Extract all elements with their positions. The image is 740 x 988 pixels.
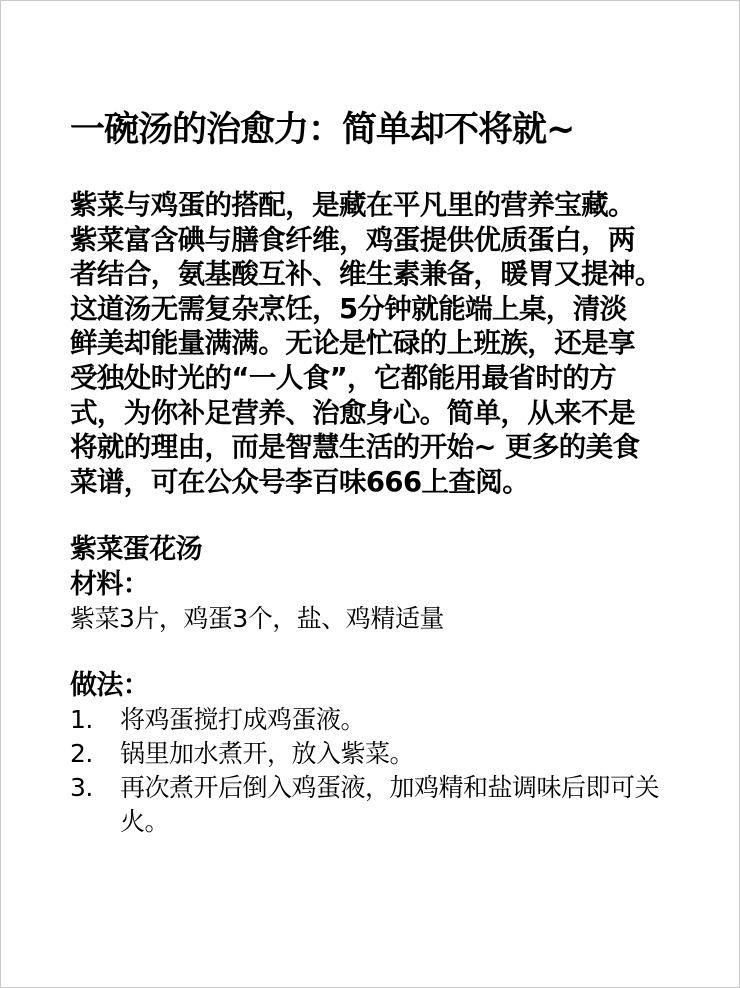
step-item: 3. 再次煮开后倒入鸡蛋液，加鸡精和盐调味后即可关火。 (70, 771, 710, 839)
intro-line: 受独处时光的“一人食”，它都能用最省时的方 (70, 361, 710, 396)
step-text: 将鸡蛋搅打成鸡蛋液。 (120, 703, 680, 737)
intro-paragraph: 紫菜与鸡蛋的搭配，是藏在平凡里的营养宝藏。 紫菜富含碘与膳食纤维，鸡蛋提供优质蛋… (70, 188, 710, 499)
spacer (70, 637, 710, 669)
step-item: 2. 锅里加水煮开，放入紫菜。 (70, 737, 710, 771)
recipe-title: 紫菜蛋花汤 (70, 533, 710, 568)
intro-line: 将就的理由，而是智慧生活的开始~ 更多的美食 (70, 430, 710, 465)
recipe-section: 紫菜蛋花汤 材料： 紫菜3片，鸡蛋3个，盐、鸡精适量 做法： 1. 将鸡蛋搅打成… (70, 533, 710, 839)
intro-line: 紫菜富含碘与膳食纤维，鸡蛋提供优质蛋白，两 (70, 223, 710, 258)
intro-line: 紫菜与鸡蛋的搭配，是藏在平凡里的营养宝藏。 (70, 188, 710, 223)
ingredients-text: 紫菜3片，鸡蛋3个，盐、鸡精适量 (70, 602, 710, 637)
intro-line: 菜谱，可在公众号李百味666上查阅。 (70, 465, 710, 500)
intro-line: 式，为你补足营养、治愈身心。简单，从来不是 (70, 396, 710, 431)
ingredients-label: 材料： (70, 568, 710, 603)
step-item: 1. 将鸡蛋搅打成鸡蛋液。 (70, 703, 710, 737)
intro-line: 鲜美却能量满满。无论是忙碌的上班族，还是享 (70, 326, 710, 361)
method-label: 做法： (70, 669, 710, 704)
article-title: 一碗汤的治愈力：简单却不将就~ (70, 106, 574, 154)
method-steps: 1. 将鸡蛋搅打成鸡蛋液。 2. 锅里加水煮开，放入紫菜。 3. 再次煮开后倒入… (70, 703, 710, 839)
intro-line: 者结合，氨基酸互补、维生素兼备，暖胃又提神。 (70, 257, 710, 292)
step-number: 3. (70, 771, 93, 805)
step-number: 1. (70, 703, 93, 737)
step-text: 锅里加水煮开，放入紫菜。 (120, 737, 680, 771)
intro-line: 这道汤无需复杂烹饪，5分钟就能端上桌，清淡 (70, 292, 710, 327)
step-number: 2. (70, 737, 93, 771)
step-text: 再次煮开后倒入鸡蛋液，加鸡精和盐调味后即可关火。 (120, 771, 680, 839)
